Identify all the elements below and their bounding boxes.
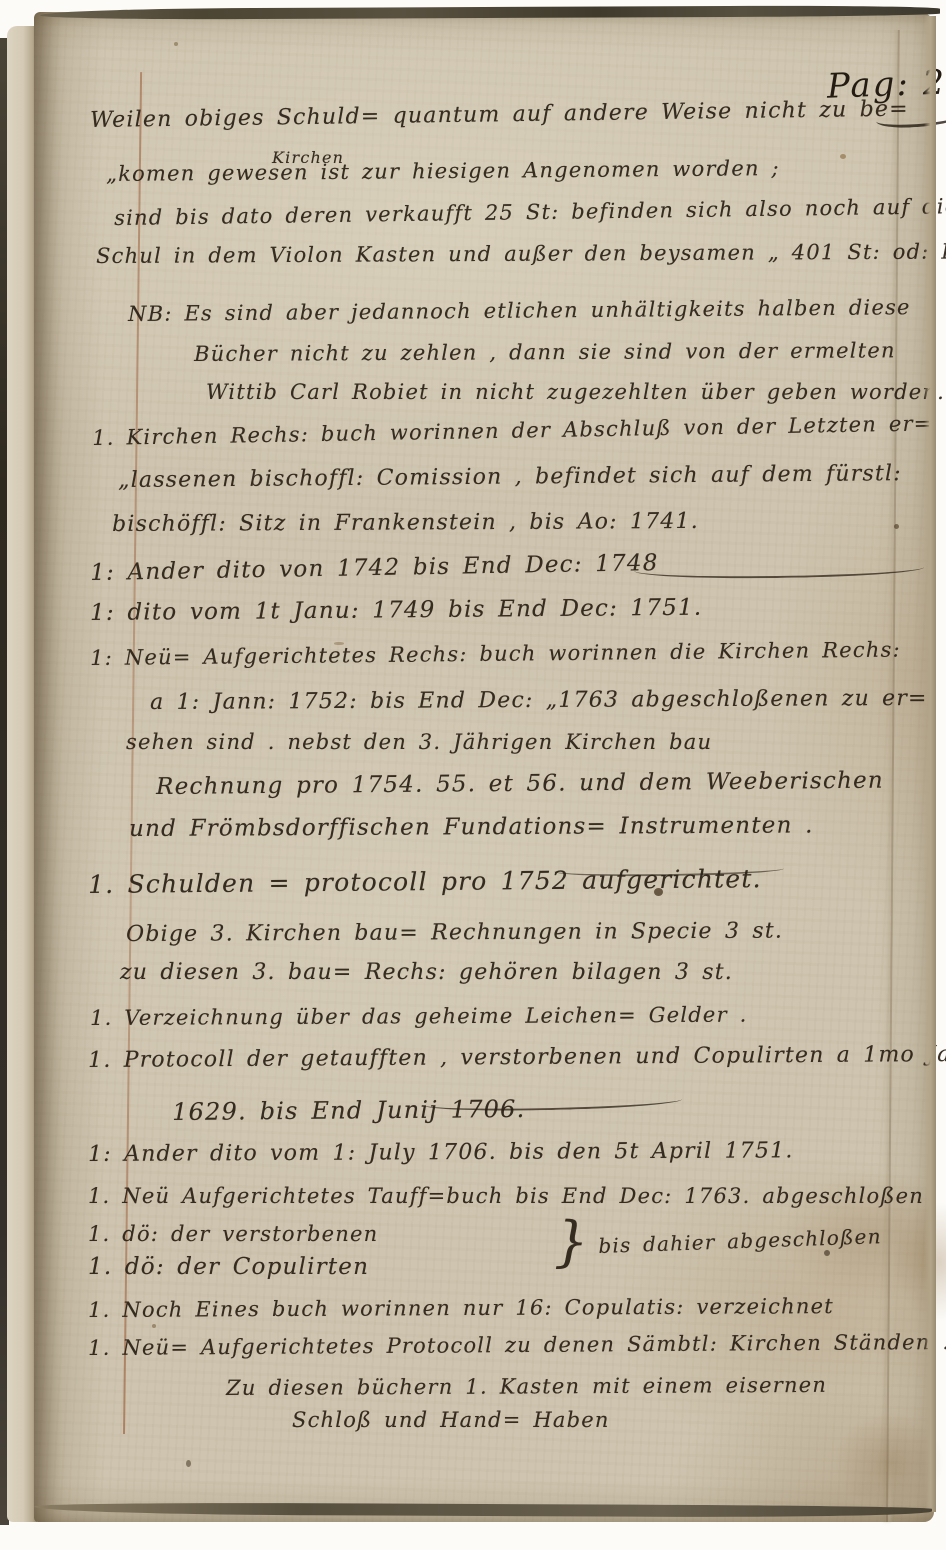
handwriting-line: Bücher nicht zu zehlen , dann sie sind v…	[194, 338, 896, 366]
handwriting-line: }	[554, 1210, 590, 1273]
handwriting-line: Zu diesen büchern 1. Kasten mit einem ei…	[226, 1373, 827, 1400]
handwriting-line: Schloß und Hand= Haben	[292, 1408, 610, 1432]
handwriting-line: 1. Verzeichnung über das geheime Leichen…	[90, 1003, 748, 1030]
handwriting-line: 1: Ander dito von 1742 bis End Dec: 1748	[90, 550, 659, 586]
handwriting-line: 1. Protocoll der getaufften , verstorben…	[88, 1042, 946, 1073]
handwriting-line: und Frömbsdorffischen Fundations= Instru…	[129, 812, 814, 842]
manuscript-text: Weilen obiges Schuld= quantum auf andere…	[34, 12, 934, 1522]
handwriting-line: sehen sind . nebst den 3. Jährigen Kirch…	[126, 730, 712, 754]
previous-page-edge	[7, 26, 37, 1522]
handwriting-line: bis dahier abgeschloßen	[598, 1224, 882, 1258]
handwriting-line: 1: Ander dito vom 1: July 1706. bis den …	[88, 1138, 794, 1167]
handwriting-line: bischöffl: Sitz in Frankenstein , bis Ao…	[112, 509, 699, 537]
handwriting-line: Rechnung pro 1754. 55. et 56. und dem We…	[156, 768, 884, 800]
handwriting-line: 1. dö: der Copulirten	[88, 1254, 369, 1280]
handwriting-line: 1. Neü= Aufgerichtetes Protocoll zu dene…	[88, 1330, 946, 1360]
page-right-edge	[924, 16, 936, 1512]
handwriting-line: a 1: Jann: 1752: bis End Dec: „1763 abge…	[150, 686, 928, 715]
manuscript-page: Pag: 27. Weilen obiges Schuld= quantum a…	[34, 12, 934, 1522]
handwriting-line: „lassenen bischoffl: Comission , befinde…	[118, 461, 902, 493]
handwriting-line: 1629. bis End Junij 1706.	[172, 1095, 526, 1126]
handwriting-line: Wittib Carl Robiet in nicht zugezehlten …	[206, 380, 945, 404]
handwriting-line: NB: Es sind aber jedannoch etlichen unhä…	[128, 295, 911, 326]
handwriting-line: 1: dito vom 1t Janu: 1749 bis End Dec: 1…	[90, 595, 702, 626]
scanned-manuscript: Pag: 27. Weilen obiges Schuld= quantum a…	[0, 0, 946, 1550]
handwriting-line: Schul in dem Violon Kasten und außer den…	[96, 239, 946, 268]
handwriting-line: sind bis dato deren verkaufft 25 St: bef…	[114, 194, 946, 230]
handwriting-line: zu diesen 3. bau= Rechs: gehören bilagen…	[120, 960, 733, 985]
handwriting-line: 1. dö: der verstorbenen	[88, 1222, 378, 1246]
handwriting-line: Weilen obiges Schuld= quantum auf andere…	[90, 97, 909, 133]
handwriting-line: 1. Kirchen Rechs: buch worinnen der Absc…	[92, 411, 933, 450]
handwriting-line: 1: Neü= Aufgerichtetes Rechs: buch worin…	[90, 638, 901, 670]
handwriting-line: 1. Neü Aufgerichtetes Tauff=buch bis End…	[88, 1184, 924, 1208]
handwriting-line: Obige 3. Kirchen bau= Rechnungen in Spec…	[126, 919, 783, 947]
handwriting-line: „komen gewesen ist zur hiesigen Angenome…	[106, 156, 780, 186]
handwriting-line: 1. Schulden = protocoll pro 1752 aufgeri…	[88, 864, 762, 899]
handwriting-line: 1. Noch Eines buch worinnen nur 16: Copu…	[88, 1294, 834, 1322]
